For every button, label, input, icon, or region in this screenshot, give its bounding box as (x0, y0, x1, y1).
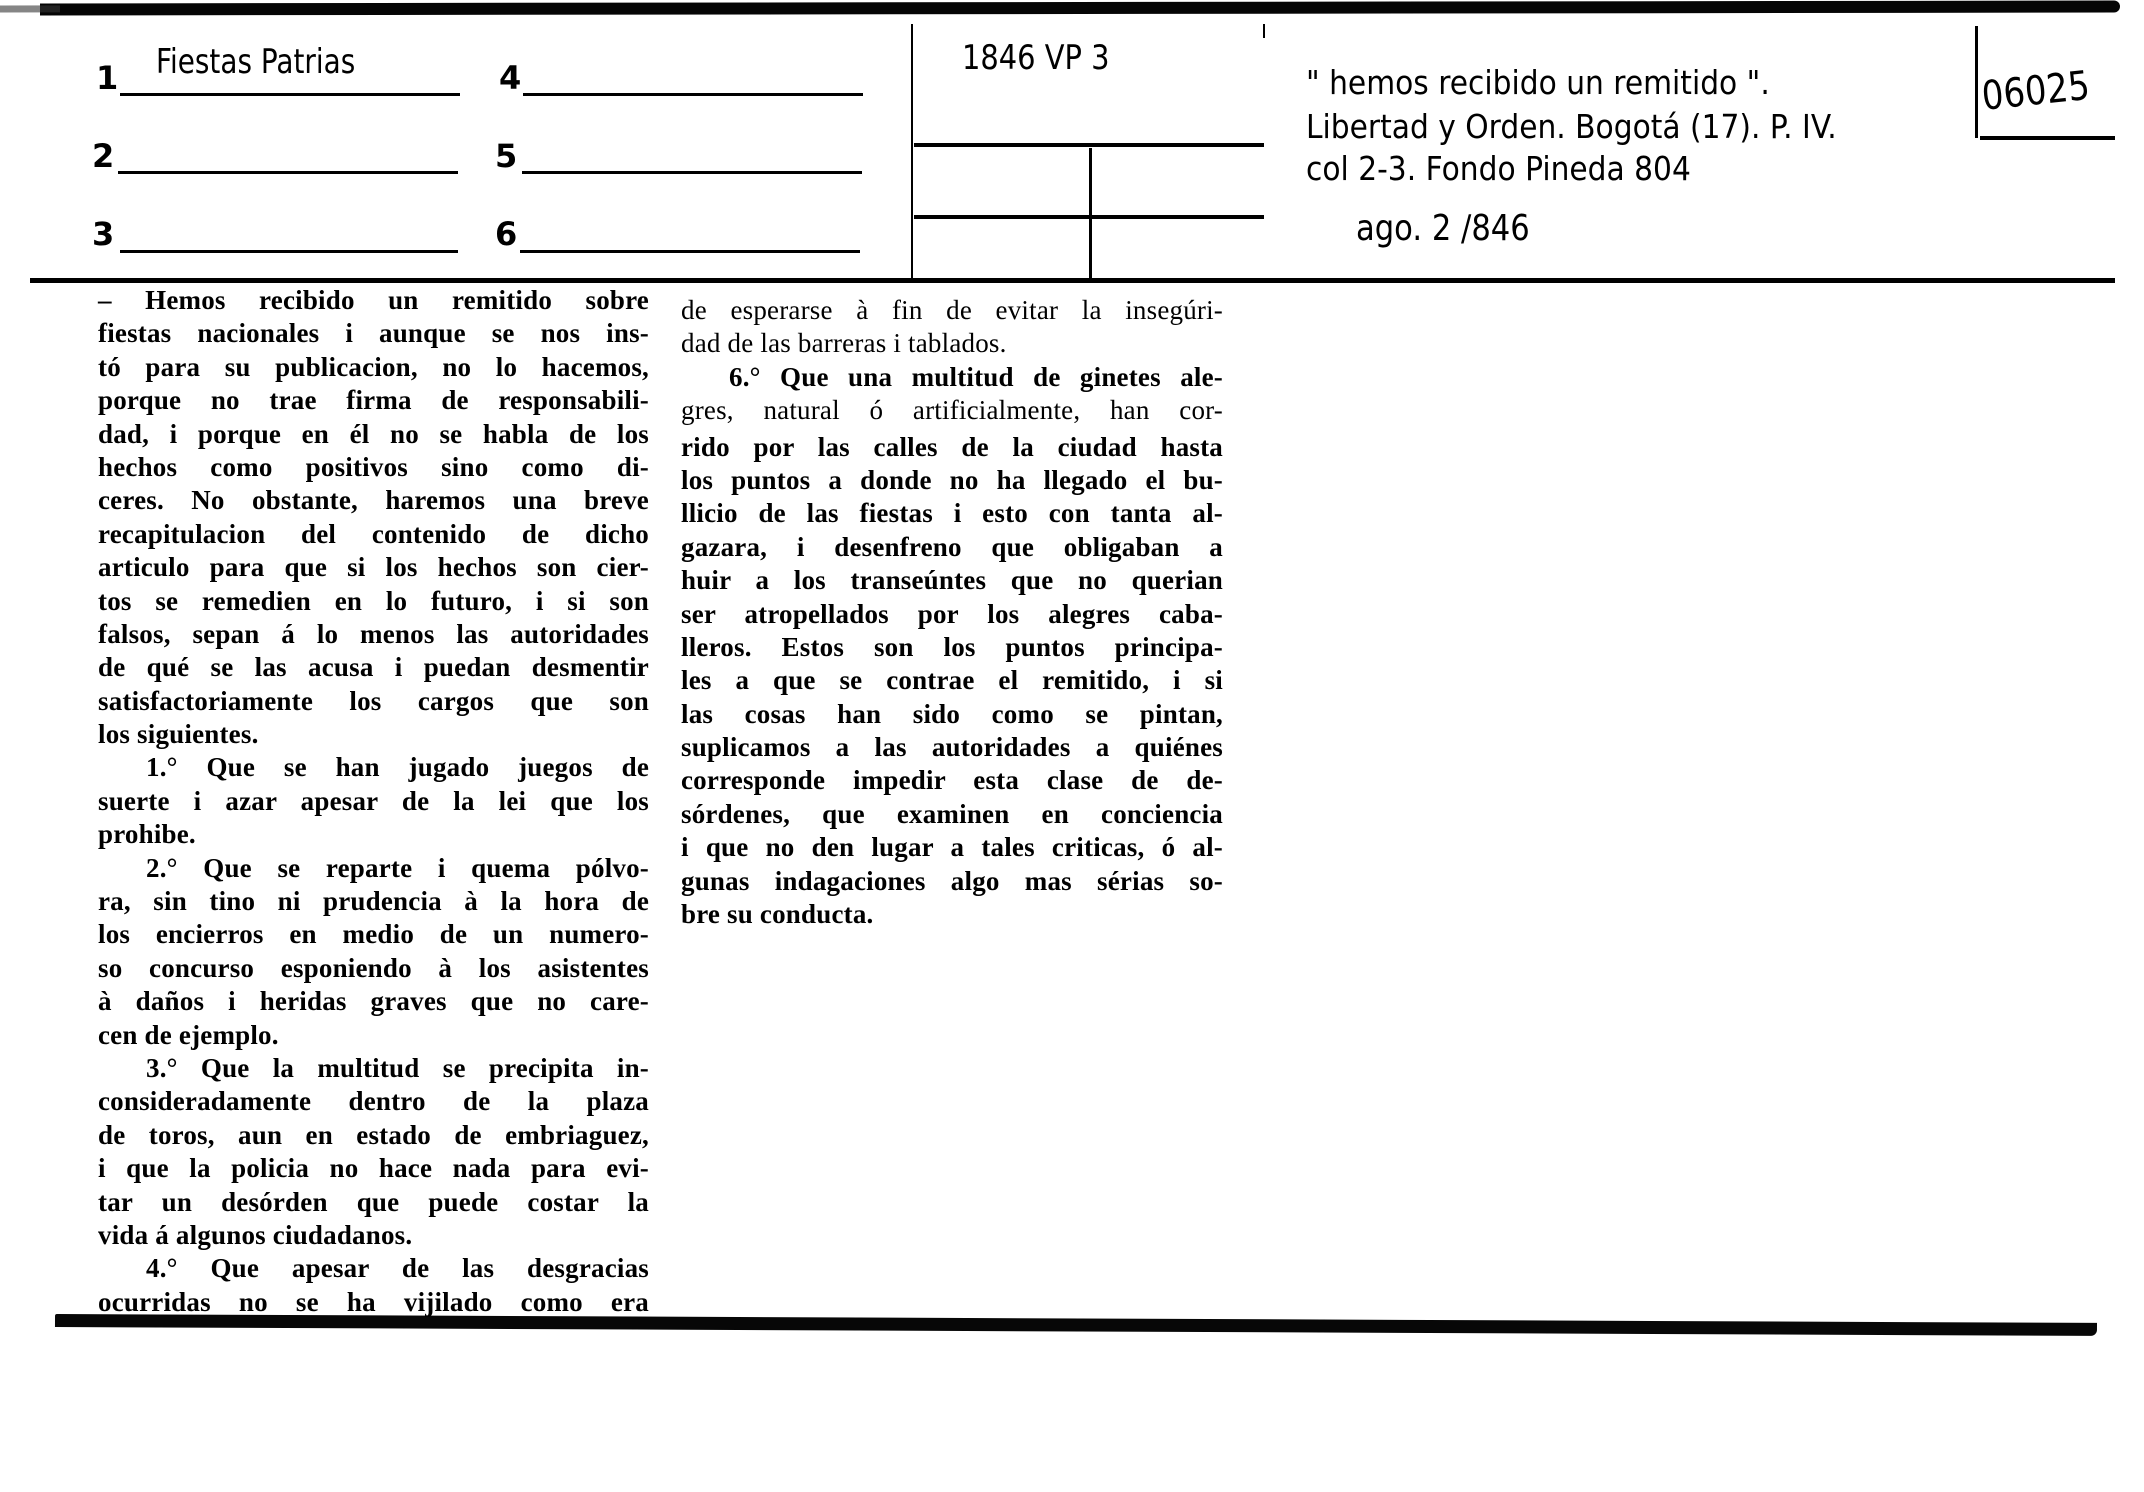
text-line: gazara, i desenfreno que obligaban a (681, 531, 1223, 564)
text-line: hechos como positivos sino como di- (98, 451, 649, 484)
article-right-column: de esperarse à fin de evitar la insegúri… (681, 294, 1223, 931)
text-line: ser atropellados por los alegres caba- (681, 598, 1223, 631)
text-line: – Hemos recibido un remitido sobre (98, 284, 649, 317)
citation-source: Libertad y Orden. Bogotá (17). P. IV. (1306, 106, 1837, 148)
text-line: lleros. Estos son los puntos principa- (681, 631, 1223, 664)
text-line: les a que se contrae el remitido, i si (681, 664, 1223, 697)
citation-title: " hemos recibido un remitido ". (1306, 62, 1770, 104)
text-line: ocurridas no se ha vijilado como era (98, 1286, 649, 1319)
field-1-line (120, 93, 460, 96)
text-line: à daños i heridas graves que no care- (98, 985, 649, 1018)
text-line: suplicamos a las autoridades a quiénes (681, 731, 1223, 764)
record-id: 06025 (1980, 63, 2092, 120)
box-rule-1 (914, 143, 1264, 147)
text-line: falsos, sepan á lo menos las autoridades (98, 618, 649, 651)
text-line: consideradamente dentro de la plaza (98, 1085, 649, 1118)
text-line: tar un desórden que puede costar la (98, 1186, 649, 1219)
text-line: i que no den lugar a tales criticas, ó a… (681, 831, 1223, 864)
text-line: llicio de las fiestas i esto con tanta a… (681, 497, 1223, 530)
text-line: de qué se las acusa i puedan desmentir (98, 651, 649, 684)
field-2-number: 2 (92, 140, 114, 172)
box-left-border (911, 24, 913, 280)
text-line: bre su conducta. (681, 898, 1223, 931)
field-3-number: 3 (92, 218, 114, 250)
text-line: sórdenes, que examinen en conciencia (681, 798, 1223, 831)
text-line: recapitulacion del contenido de dicho (98, 518, 649, 551)
article-left-column: – Hemos recibido un remitido sobre fiest… (98, 284, 649, 1319)
text-line: vida á algunos ciudadanos. (98, 1219, 649, 1252)
field-2-line (118, 171, 458, 174)
text-line: cen de ejemplo. (98, 1019, 649, 1052)
text-line: gunas indagaciones algo mas sérias so- (681, 865, 1223, 898)
text-line: las cosas han sido como se pintan, (681, 698, 1223, 731)
text-line: 1.° Que se han jugado juegos de (98, 751, 649, 784)
field-5-line (522, 171, 862, 174)
text-line: dad, i porque en él no se habla de los (98, 418, 649, 451)
text-line: i que la policia no hace nada para evi- (98, 1152, 649, 1185)
text-line: los encierros en medio de un numero- (98, 918, 649, 951)
text-line: de toros, aun en estado de embriaguez, (98, 1119, 649, 1152)
year-code: 1846 VP 3 (962, 38, 1110, 78)
text-line: porque no trae firma de responsabili- (98, 384, 649, 417)
text-line: de esperarse à fin de evitar la insegúri… (681, 294, 1223, 327)
text-line: fiestas nacionales i aunque se nos ins- (98, 317, 649, 350)
record-id-underline (1980, 136, 2115, 140)
field-3-line (120, 250, 458, 253)
text-line: dad de las barreras i tablados. (681, 327, 1223, 360)
text-line: corresponde impedir esta clase de de- (681, 764, 1223, 797)
text-line: rido por las calles de la ciudad hasta (681, 431, 1223, 464)
citation-location: col 2-3. Fondo Pineda 804 (1306, 148, 1691, 190)
field-4-line (523, 93, 863, 96)
text-line: tos se remedien en lo futuro, i si son (98, 585, 649, 618)
text-line: 2.° Que se reparte i quema pólvo- (98, 852, 649, 885)
field-1-number: 1 (96, 62, 118, 94)
field-5-number: 5 (495, 140, 517, 172)
text-line: gres, natural ó artificialmente, han cor… (681, 394, 1223, 427)
field-6-line (520, 250, 860, 253)
text-line: satisfactoriamente los cargos que son (98, 685, 649, 718)
text-line: articulo para que si los hechos son cier… (98, 551, 649, 584)
field-6-number: 6 (495, 218, 517, 250)
text-line: 6.° Que una multitud de ginetes ale- (681, 361, 1223, 394)
field-1-value[interactable]: Fiestas Patrias (156, 44, 355, 80)
citation-date: ago. 2 /846 (1356, 208, 1530, 249)
text-line: ra, sin tino ni prudencia à la hora de (98, 885, 649, 918)
text-line: los siguientes. (98, 718, 649, 751)
text-line: huir a los transeúntes que no querian (681, 564, 1223, 597)
field-4-number: 4 (499, 62, 521, 94)
text-line: so concurso esponiendo à los asistentes (98, 952, 649, 985)
box-right-tick (1263, 24, 1265, 38)
header-rule (30, 278, 2115, 283)
record-id-border (1975, 26, 1978, 138)
text-line: 4.° Que apesar de las desgracias (98, 1252, 649, 1285)
text-line: tó para su publicacion, no lo hacemos, (98, 351, 649, 384)
text-line: suerte i azar apesar de la lei que los (98, 785, 649, 818)
text-line: ceres. No obstante, haremos una breve (98, 484, 649, 517)
text-line: 3.° Que la multitud se precipita in- (98, 1052, 649, 1085)
text-line: prohibe. (98, 818, 649, 851)
card-top-border (40, 1, 2120, 16)
text-line: los puntos a donde no ha llegado el bu- (681, 464, 1223, 497)
box-divider (1089, 148, 1092, 280)
